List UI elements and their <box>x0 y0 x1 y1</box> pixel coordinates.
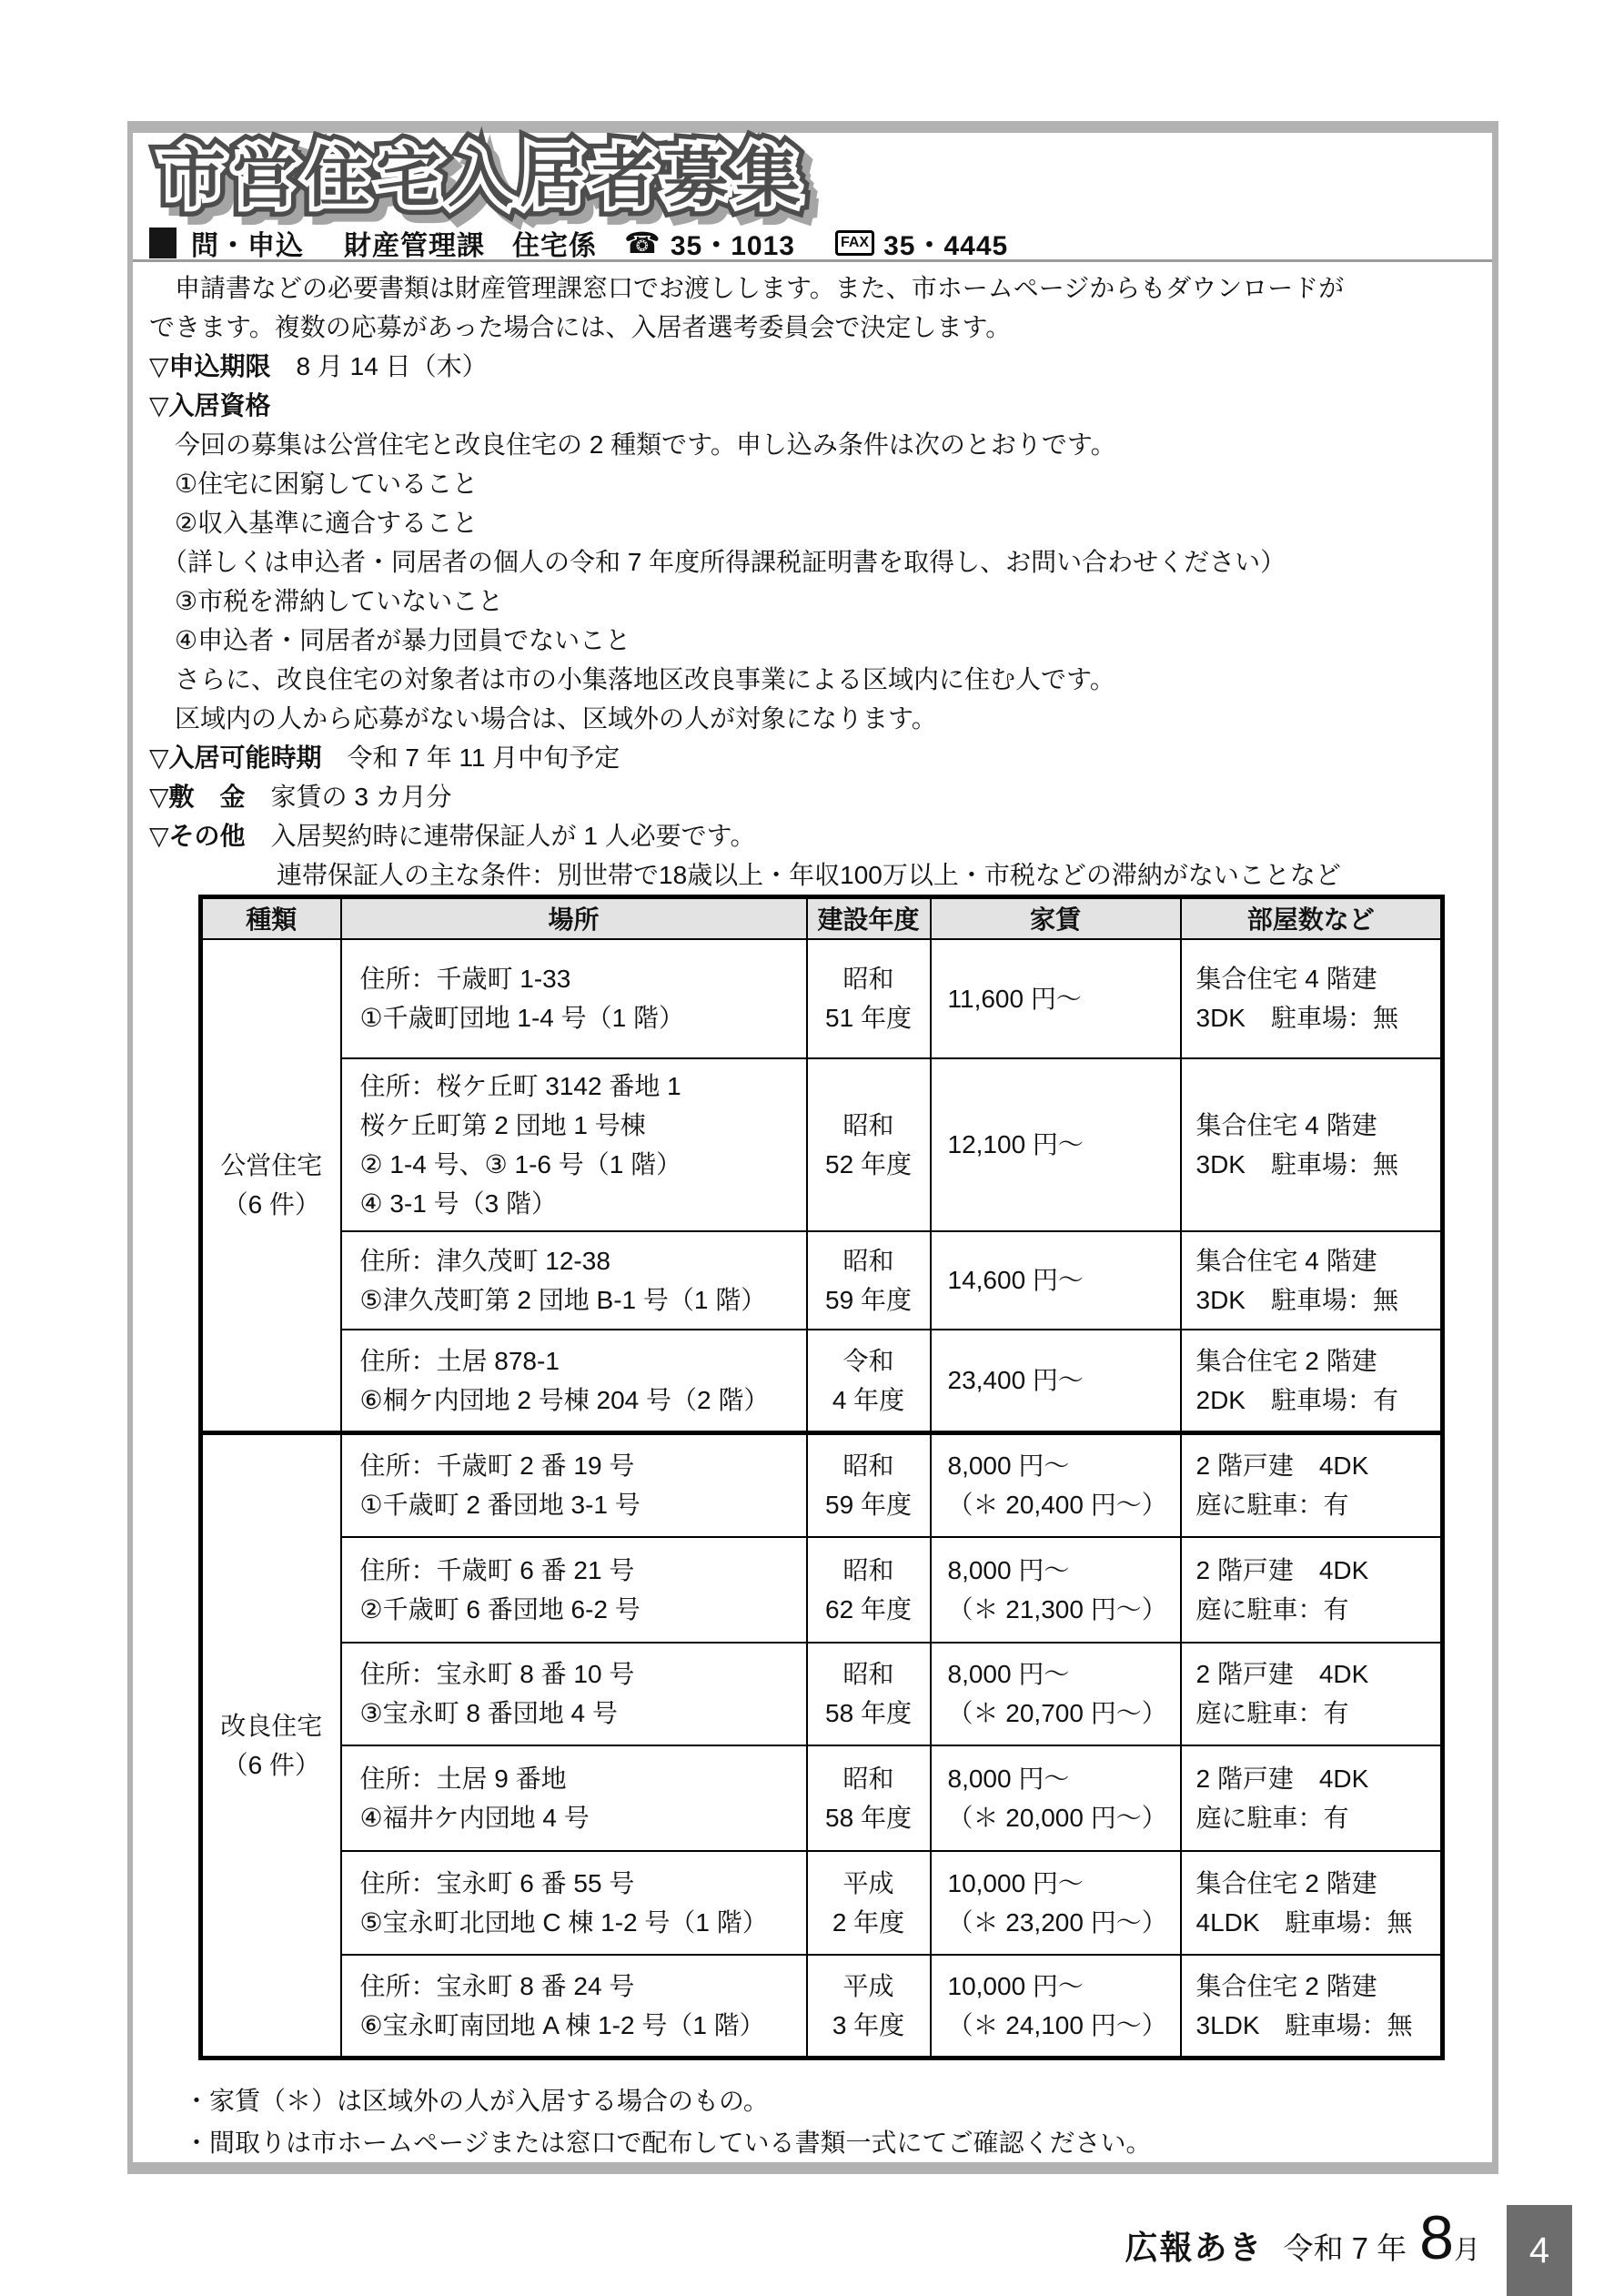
phone-icon: ☎ <box>624 226 661 260</box>
page-title-core-layer: 市営住宅入居者募集 <box>160 137 807 220</box>
eligibility-intro: 今回の募集は公営住宅と改良住宅の 2 種類です。申し込み条件は次のとおりです。 <box>149 425 1476 464</box>
table-row: 住所：宝永町 8 番 10 号 ③宝永町 8 番団地 4 号 昭和 58 年度 … <box>201 1643 1443 1745</box>
newsletter-page: 市営住宅入居者募集 市営住宅入居者募集 市営住宅入居者募集 市営住宅入居者募集 … <box>0 0 1624 2296</box>
phone-number: 35・1013 <box>671 223 795 263</box>
table-row: 住所：桜ケ丘町 3142 番地 1 桜ケ丘町第 2 団地 1 号棟 ② 1-4 … <box>201 1058 1443 1231</box>
fax-icon: FAX <box>835 230 874 256</box>
housing-type-cell: 改良住宅 （6 件） <box>201 1433 341 2058</box>
condition-2: ②収入基準に適合すること <box>149 503 1476 542</box>
table-row: 住所：千歳町 6 番 21 号 ②千歳町 6 番団地 6-2 号 昭和 62 年… <box>201 1537 1443 1643</box>
frame-top-bar <box>127 121 1498 133</box>
intro-paragraph: 申請書などの必要書類は財産管理課窓口でお渡しします。また、市ホームページからもダ… <box>149 268 1476 347</box>
condition-1: ①住宅に困窮していること <box>149 464 1476 503</box>
publication-name: 広報あき <box>1125 2222 1263 2269</box>
housing-table: 種類 場所 建設年度 家賃 部屋数など 公営住宅 （6 件） 住所：千歳町 1-… <box>198 895 1445 2060</box>
table-row: 住所：土居 9 番地 ④福井ケ内団地 4 号 昭和 58 年度 8,000 円～… <box>201 1745 1443 1851</box>
col-header-rent: 家賃 <box>931 897 1181 939</box>
section-marker-square-icon <box>149 228 177 258</box>
table-row: 住所：宝永町 6 番 55 号 ⑤宝永町北団地 C 棟 1-2 号（1 階） 平… <box>201 1851 1443 1955</box>
condition-2-note: （詳しくは申込者・同居者の個人の令和 7 年度所得課税証明書を取得し、お問い合わ… <box>149 542 1476 582</box>
table-row: 公営住宅 （6 件） 住所：千歳町 1-33 ①千歳町団地 1-4 号（1 階）… <box>201 939 1443 1058</box>
condition-4: ④申込者・同居者が暴力団員でないこと <box>149 621 1476 660</box>
col-header-year: 建設年度 <box>807 897 931 939</box>
article-body: 申請書などの必要書類は財産管理課窓口でお渡しします。また、市ホームページからもダ… <box>146 262 1479 895</box>
page-number-badge: 4 <box>1507 2205 1572 2296</box>
contact-line: 問・申込 財産管理課 住宅係 ☎ 35・1013 FAX 35・4445 <box>149 223 1008 263</box>
table-row: 住所：宝永町 8 番 24 号 ⑥宝永町南団地 A 棟 1-2 号（1 階） 平… <box>201 1955 1443 2058</box>
col-header-type: 種類 <box>201 897 341 939</box>
col-header-place: 場所 <box>341 897 807 939</box>
note-rent-asterisk: ・家賃（＊）は区域外の人が入居する場合のもの。 <box>184 2080 1479 2122</box>
table-row: 改良住宅 （6 件） 住所：千歳町 2 番 19 号 ①千歳町 2 番団地 3-… <box>201 1433 1443 1537</box>
month-number: 8 <box>1419 2202 1454 2273</box>
deposit-line: ▽敷 金 家賃の 3 カ月分 <box>149 777 1476 816</box>
page-number: 4 <box>1529 2230 1549 2271</box>
deadline-line: ▽申込期限 8 月 14 日（木） <box>149 347 1476 386</box>
publication-footer: 広報あき 令和 7 年 8 月 <box>1125 2202 1480 2273</box>
improved-housing-note: さらに、改良住宅の対象者は市の小集落地区改良事業による区域内に住む人です。 <box>149 660 1476 699</box>
outside-area-note: 区域内の人から応募がない場合は、区域外の人が対象になります。 <box>149 699 1476 738</box>
eligibility-heading: ▽入居資格 <box>149 386 1476 425</box>
table-row: 住所：津久茂町 12-38 ⑤津久茂町第 2 団地 B-1 号（1 階） 昭和 … <box>201 1231 1443 1330</box>
move-in-period-line: ▽入居可能時期 令和 7 年 11 月中旬予定 <box>149 738 1476 777</box>
table-header-row: 種類 場所 建設年度 家賃 部屋数など <box>201 897 1443 939</box>
month-unit: 月 <box>1454 2230 1480 2267</box>
table-notes: ・家賃（＊）は区域外の人が入居する場合のもの。 ・間取りは市ホームページまたは窓… <box>184 2080 1479 2164</box>
frame-bottom-bar <box>127 2162 1498 2174</box>
other-line: ▽その他 入居契約時に連帯保証人が 1 人必要です。 連帯保証人の主な条件：別世… <box>149 816 1476 895</box>
housing-type-cell: 公営住宅 （6 件） <box>201 939 341 1433</box>
inquiry-label: 問・申込 <box>191 223 304 263</box>
article-frame: 市営住宅入居者募集 市営住宅入居者募集 市営住宅入居者募集 市営住宅入居者募集 … <box>127 133 1498 2162</box>
era-year: 令和 7 年 <box>1283 2225 1407 2268</box>
department-name: 財産管理課 <box>344 223 485 263</box>
table-row: 住所：土居 878-1 ⑥桐ケ内団地 2 号棟 204 号（2 階） 令和 4 … <box>201 1330 1443 1433</box>
article-header: 市営住宅入居者募集 市営住宅入居者募集 市営住宅入居者募集 市営住宅入居者募集 … <box>133 133 1492 262</box>
fax-number: 35・4445 <box>883 223 1008 263</box>
note-floorplan: ・間取りは市ホームページまたは窓口で配布している書類一式にてご確認ください。 <box>184 2122 1479 2164</box>
section-name: 住宅係 <box>512 223 597 263</box>
col-header-rooms: 部屋数など <box>1181 897 1443 939</box>
condition-3: ③市税を滞納していないこと <box>149 582 1476 621</box>
